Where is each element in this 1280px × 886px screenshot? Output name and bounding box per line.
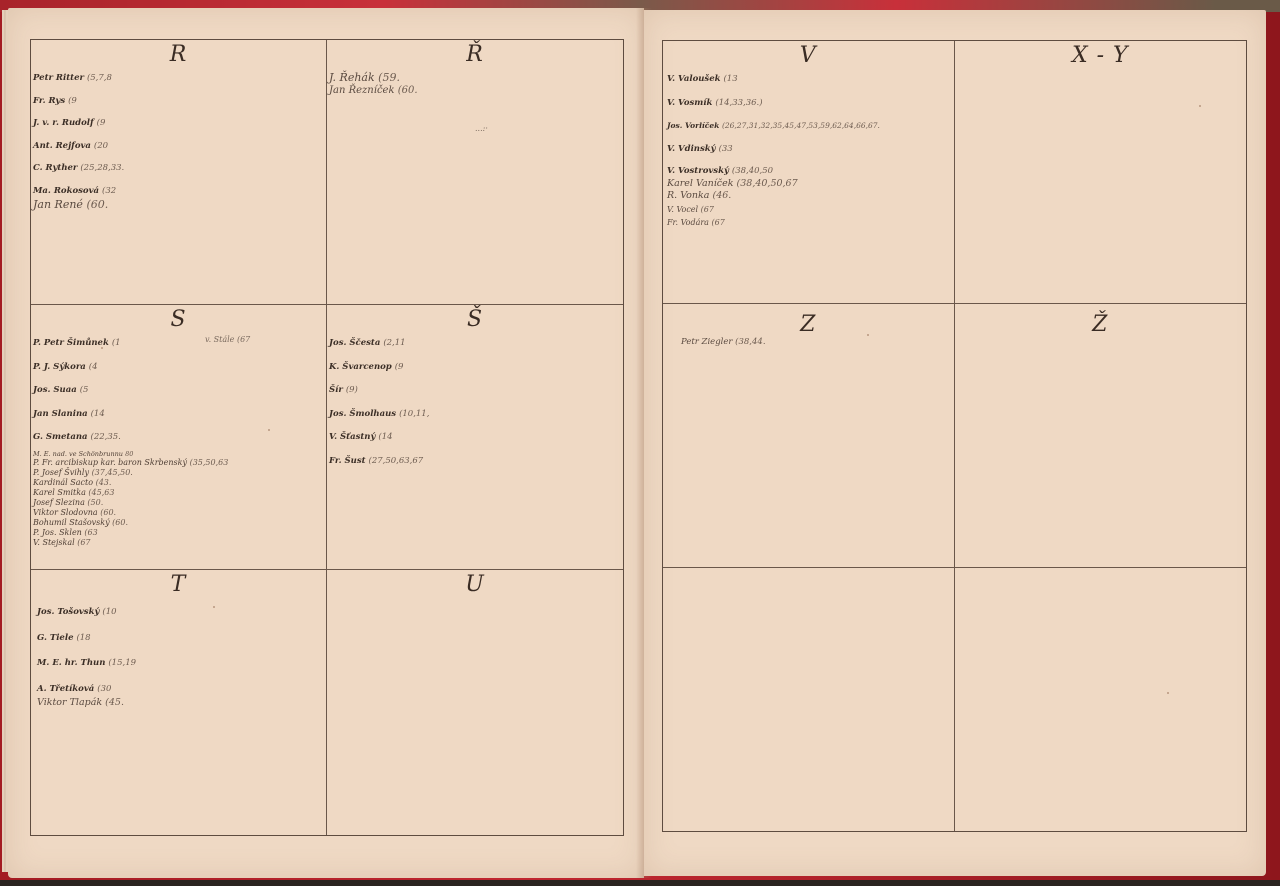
paper-speck xyxy=(1167,692,1169,694)
entry-list: Petr Ritter (5,7,8 Fr. Rys (9 J. v. r. R… xyxy=(33,74,320,213)
index-entry-small: Bohumil Stašovský (60. xyxy=(33,519,320,527)
index-cell-s-caron: Š Jos. Ščesta (2,11 K. Švarcenop (9 Šír … xyxy=(327,305,623,570)
paper-speck xyxy=(867,334,869,336)
index-entry-small: P. Josef Švihly (37,45,50. xyxy=(33,469,320,477)
index-entry-small: P. Fr. arcibiskup kar. baron Skrbenský (… xyxy=(33,459,320,467)
entry-list: J. Řehák (59. Jan Řezníček (60. xyxy=(329,72,617,99)
index-entry: J. Řehák (59. xyxy=(329,72,617,83)
index-entry: Fr. Rys (9 xyxy=(33,97,320,106)
section-letter: Ř xyxy=(327,42,623,67)
paper-speck xyxy=(213,606,215,608)
index-entry-small: M. E. nad. ve Schönbrunnu 80 xyxy=(33,451,320,458)
index-entry: M. E. hr. Thun (15,19 xyxy=(37,659,320,668)
index-entry: V. Vosmík (14,33,36.) xyxy=(667,99,948,108)
index-entry: Fr. Vodára (67 xyxy=(667,219,948,227)
section-letter: S xyxy=(31,307,326,332)
entry-list: Jos. Ščesta (2,11 K. Švarcenop (9 Šír (9… xyxy=(329,339,617,479)
index-entry: Jos. Šmolhaus (10,11, xyxy=(329,410,617,419)
index-cell-x-y: X - Y xyxy=(955,41,1247,304)
index-entry: Ant. Rejfova (20 xyxy=(33,142,320,151)
index-cell-z-caron: Ž xyxy=(955,304,1247,567)
index-entry: P. Petr Šimůnek (1 xyxy=(33,339,320,348)
index-entry: Jos. Vorlíček (26,27,31,32,35,45,47,53,5… xyxy=(667,122,948,130)
index-entry: Petr Ritter (5,7,8 xyxy=(33,74,320,83)
index-entry: Jan René (60. xyxy=(33,199,320,210)
index-entry-small: Karel Smitka (45,63 xyxy=(33,489,320,497)
index-entry: Jan Slanina (14 xyxy=(33,410,320,419)
entry-list: Jos. Tošovský (10 G. Tiele (18 M. E. hr.… xyxy=(37,608,320,711)
index-entry-small: Viktor Slodovna (60. xyxy=(33,509,320,517)
paper-speck xyxy=(1199,105,1201,107)
index-entry: G. Smetana (22,35. xyxy=(33,433,320,442)
index-cell-r: R Petr Ritter (5,7,8 Fr. Rys (9 J. v. r.… xyxy=(31,40,327,305)
section-letter: T xyxy=(31,572,326,597)
paper-speck xyxy=(101,347,103,349)
index-entry: V. Valoušek (13 xyxy=(667,75,948,84)
index-entry-small: Kardinál Sacto (43. xyxy=(33,479,320,487)
index-entry: Jos. Tošovský (10 xyxy=(37,608,320,617)
index-entry: K. Švarcenop (9 xyxy=(329,363,617,372)
section-letter: V xyxy=(663,43,954,68)
index-entry-small: Josef Slezina (50. xyxy=(33,499,320,507)
index-cell-z: Z Petr Ziegler (38,44. xyxy=(663,304,955,567)
section-letter: X - Y xyxy=(955,43,1247,68)
index-entry: V. Vostrovský (38,40,50 xyxy=(667,167,948,176)
left-index-grid: R Petr Ritter (5,7,8 Fr. Rys (9 J. v. r.… xyxy=(30,39,624,836)
section-letter: Ž xyxy=(955,312,1247,337)
index-entry-small: P. Jos. Sklen (63 xyxy=(33,529,320,537)
pencil-mark: ...:· xyxy=(475,124,488,133)
index-entry: Fr. Šust (27,50,63,67 xyxy=(329,457,617,466)
index-entry: Jos. Suaa (5 xyxy=(33,386,320,395)
index-entry: R. Vonka (46. xyxy=(667,191,948,201)
entry-list: Petr Ziegler (38,44. xyxy=(681,338,948,350)
index-entry: V. Vdinský (33 xyxy=(667,145,948,154)
index-entry: V. Šťastný (14 xyxy=(329,433,617,442)
index-entry: V. Vocel (67 xyxy=(667,206,948,214)
index-entry: P. J. Sýkora (4 xyxy=(33,363,320,372)
index-entry: Ma. Rokosová (32 xyxy=(33,187,320,196)
index-cell-t: T Jos. Tošovský (10 G. Tiele (18 M. E. h… xyxy=(31,570,327,835)
index-entry: Karel Vaníček (38,40,50,67 xyxy=(667,179,948,189)
index-entry: Jan Řezníček (60. xyxy=(329,86,617,96)
index-entry: A. Třetíková (30 xyxy=(37,685,320,694)
index-cell-empty xyxy=(663,568,955,831)
index-cell-s: S v. Stále (67 P. Petr Šimůnek (1 P. J. … xyxy=(31,305,327,570)
index-entry-small: V. Stejskal (67 xyxy=(33,539,320,547)
index-cell-u: U xyxy=(327,570,623,835)
right-index-grid: V V. Valoušek (13 V. Vosmík (14,33,36.) … xyxy=(662,40,1247,832)
entry-list: V. Valoušek (13 V. Vosmík (14,33,36.) Jo… xyxy=(667,75,948,230)
index-entry: G. Tiele (18 xyxy=(37,634,320,643)
index-entry: Viktor Tlapák (45. xyxy=(37,698,320,708)
index-entry: Šír (9) xyxy=(329,386,617,395)
index-cell-empty xyxy=(955,568,1247,831)
section-letter: Š xyxy=(327,307,623,332)
section-letter: Z xyxy=(663,312,954,337)
index-entry: Petr Ziegler (38,44. xyxy=(681,338,948,347)
section-letter: U xyxy=(327,572,623,597)
index-cell-r-caron: Ř J. Řehák (59. Jan Řezníček (60. ...:· xyxy=(327,40,623,305)
index-cell-v: V V. Valoušek (13 V. Vosmík (14,33,36.) … xyxy=(663,41,955,304)
paper-speck xyxy=(268,429,270,431)
index-entry: Jos. Ščesta (2,11 xyxy=(329,339,617,348)
index-entry: J. v. r. Rudolf (9 xyxy=(33,119,320,128)
index-entry: C. Ryther (25,28,33. xyxy=(33,164,320,173)
section-letter: R xyxy=(31,42,326,67)
entry-list: P. Petr Šimůnek (1 P. J. Sýkora (4 Jos. … xyxy=(33,339,320,549)
